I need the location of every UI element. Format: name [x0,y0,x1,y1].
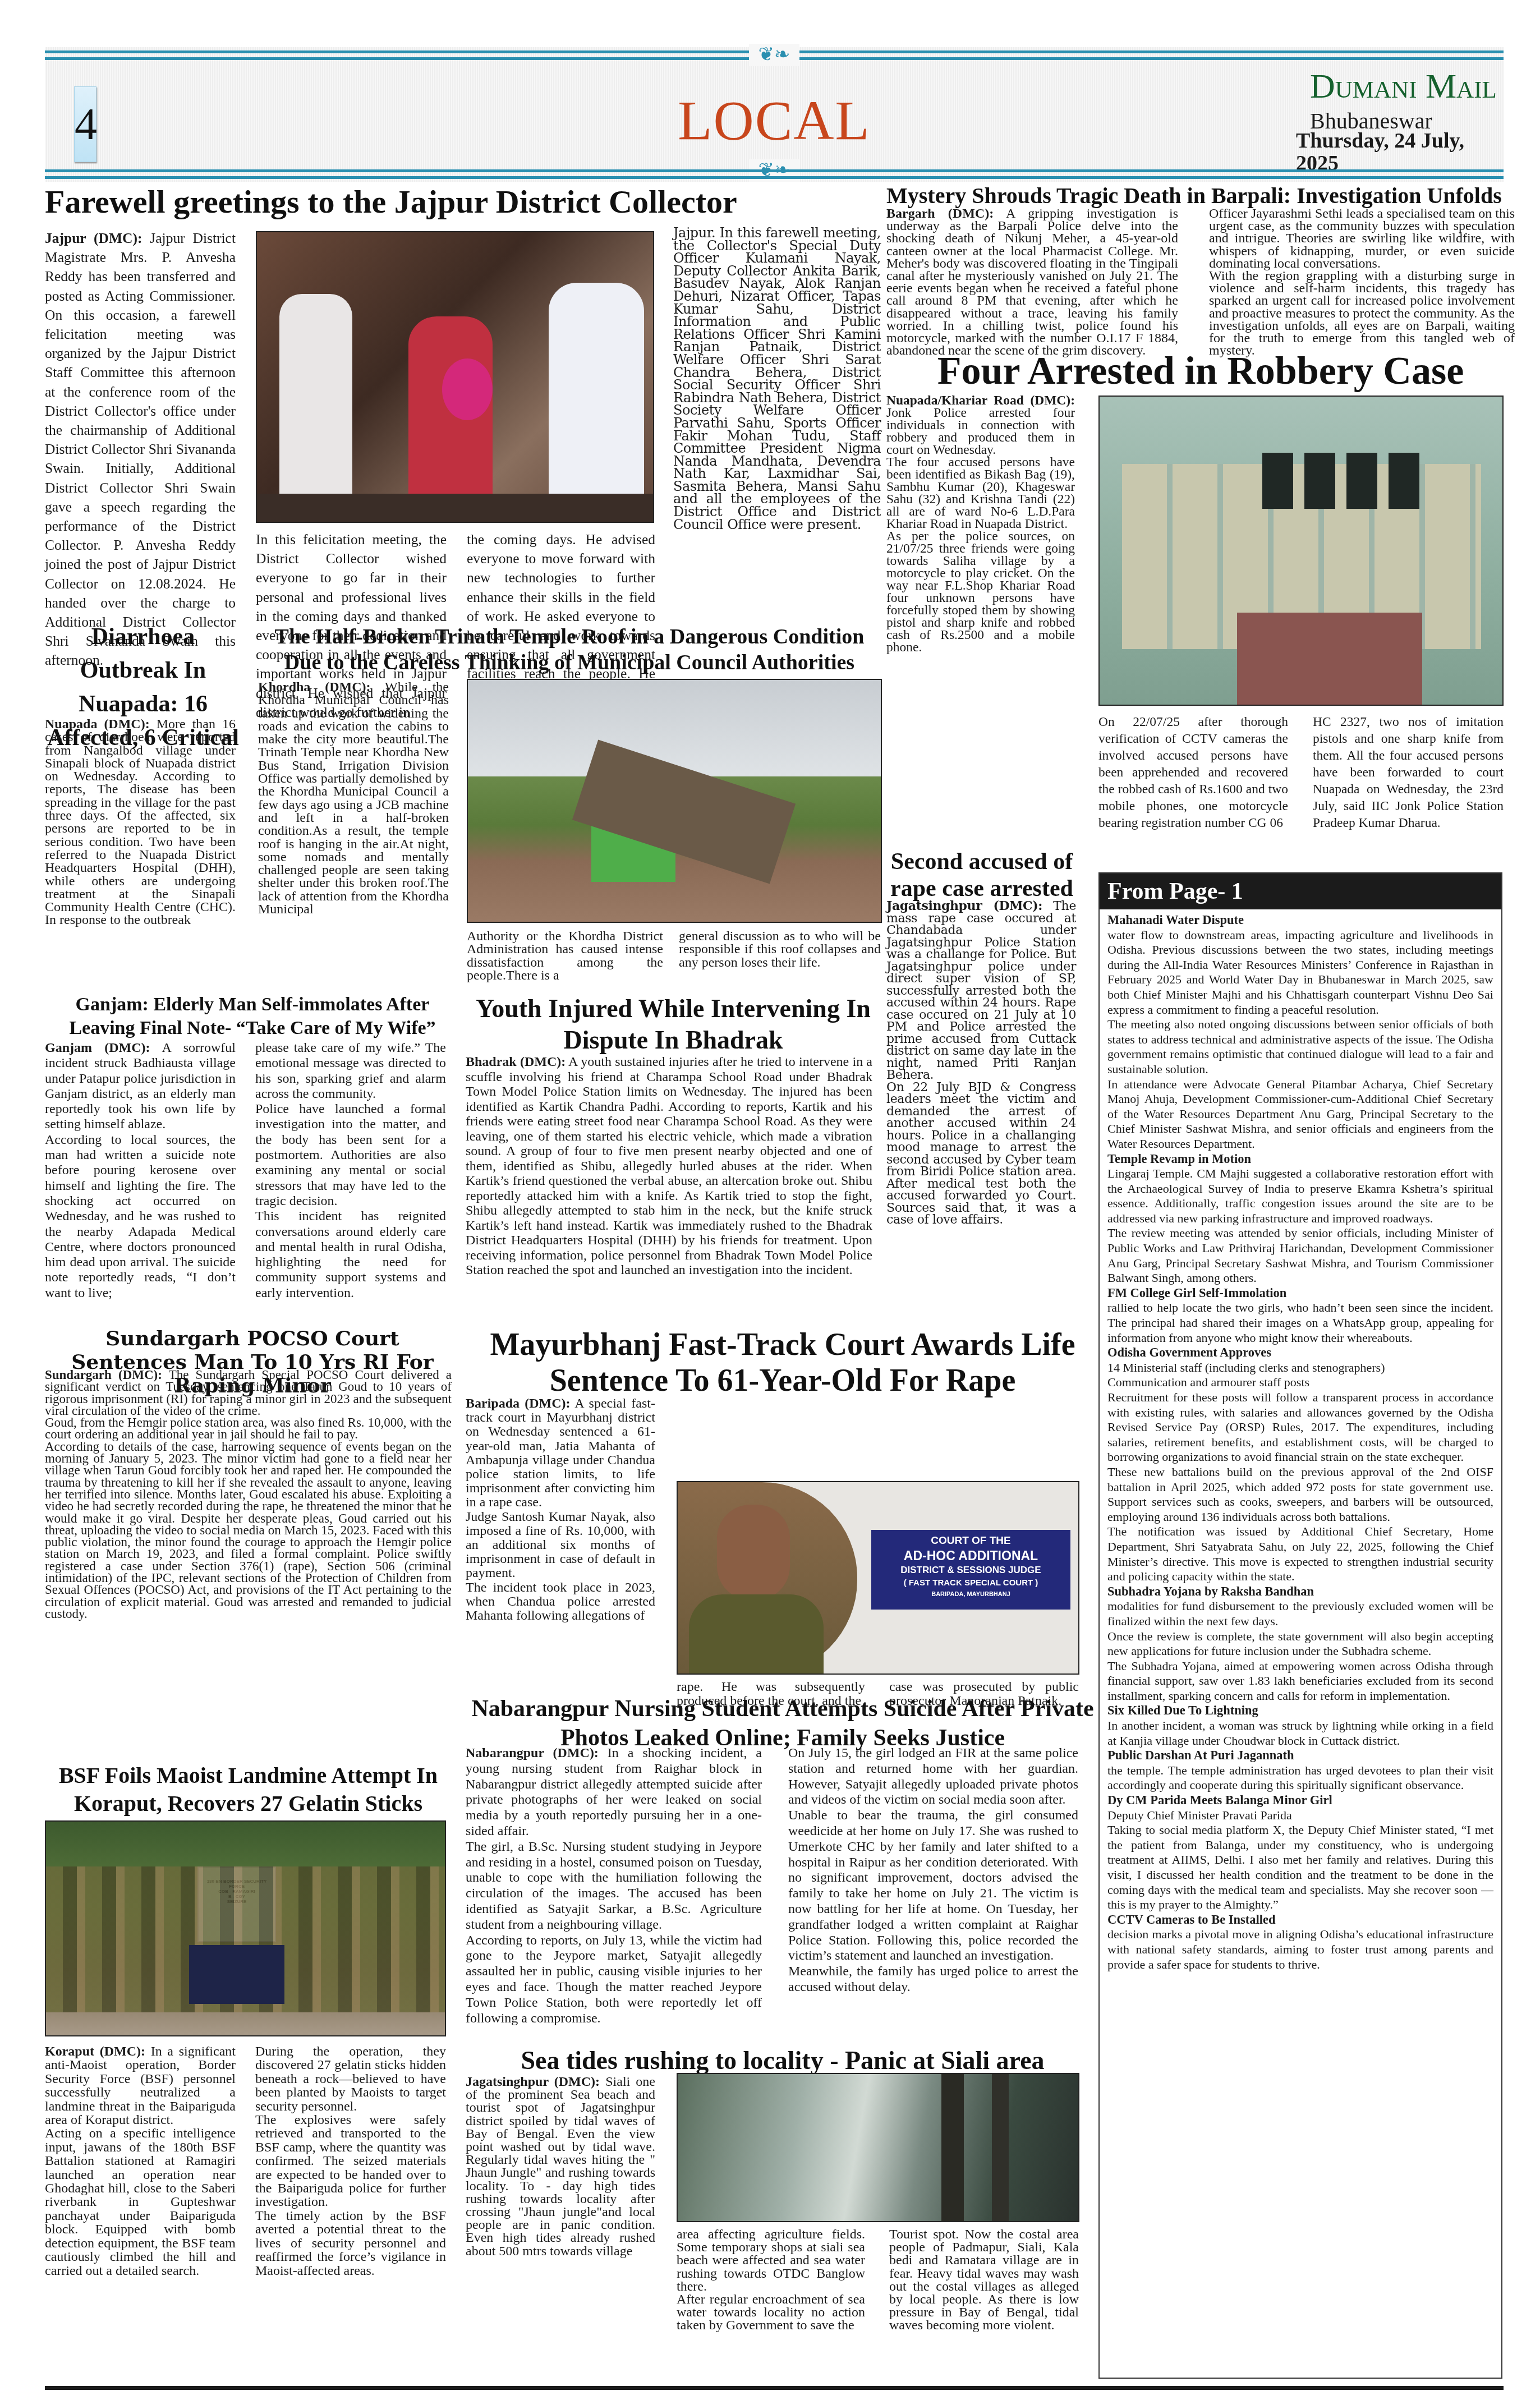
article-barpali-col1: Bargarh (DMC): A gripping investigation … [886,208,1178,357]
headline-second-accused: Second accused of rape case arrested [886,848,1077,902]
brief-heading: Six Killed Due To Lightning [1100,1703,1501,1718]
headline-ganjam: Ganjam: Elderly Man Self-immolates After… [45,993,460,1040]
article-siali-col2: area affecting agriculture fields. Some … [677,2228,865,2333]
tree-trunk [941,2074,964,2222]
tree-trunk [992,2074,1009,2222]
from-page-1-box: From Page- 1 Mahanadi Water Dispute wate… [1098,872,1502,2379]
shirt [689,1594,824,1675]
article-temple-col1: Khordha (DMC): While the Khordha Municip… [258,681,449,916]
masthead: ❦❧ 4 LOCAL Dumani Mail Bhubaneswar Thurs… [45,47,1504,182]
broken-temple-photo [467,679,882,923]
headline-temple: The Half-Broken Trinath Temple Roof in a… [258,624,881,675]
brief-heading: FM College Girl Self-Immolation [1100,1286,1501,1301]
masthead-bottom-rule-2 [45,176,1504,179]
issue-date: Thursday, 24 July, 2025 [1296,130,1504,174]
headline-bsf: BSF Foils Maoist Landmine Attempt In Kor… [45,1762,452,1818]
headline-robbery: Four Arrested in Robbery Case [886,351,1515,392]
article-robbery-col3: HC 2327, two nos of imitation pistols an… [1313,714,1504,831]
article-bhadrak: Bhadrak (DMC): A youth sustained injurie… [466,1055,872,1278]
ornament-icon: ❦❧ [749,44,799,66]
article-siali-col1: Jagatsinghpur (DMC): Siali one of the pr… [466,2076,655,2258]
brief-text: the temple. The temple administration ha… [1100,1763,1501,1793]
sign-line: DISTRICT & SESSIONS JUDGE [871,1564,1070,1577]
police-with-accused-photo [1098,396,1504,706]
brief-heading: Odisha Government Approves [1100,1345,1501,1360]
person-figure [279,294,352,502]
farewell-felicitation-photo [256,231,654,523]
article-nabarangpur-col1: Nabarangpur (DMC): In a shocking inciden… [466,1746,762,2026]
article-robbery-col2: On 22/07/25 after thorough verification … [1098,714,1288,831]
brief-heading: Temple Revamp in Motion [1100,1152,1501,1167]
court-convict-photo: COURT OF THE AD-HOC ADDITIONAL DISTRICT … [677,1481,1079,1675]
brief-text: Deputy Chief Minister Pravati Parida Tak… [1100,1808,1501,1912]
article-nabarangpur-col2: On July 15, the girl lodged an FIR at th… [788,1746,1078,1996]
convict-portrait [678,1482,857,1675]
brief-text: modalities for fund disbursement to the … [1100,1599,1501,1703]
newspaper-brand: Dumani Mail [1310,67,1497,106]
headline-farewell: Farewell greetings to the Jajpur Distric… [45,185,881,219]
article-ganjam-col2: please take care of my wife.” The emotio… [255,1041,446,1301]
brief-heading: Dy CM Parida Meets Balanga Minor Girl [1100,1793,1501,1808]
face [717,1505,790,1600]
brief-heading: Public Darshan At Puri Jagannath [1100,1748,1501,1763]
person-figure [408,316,493,518]
article-bsf-col1: Koraput (DMC): In a significant anti-Mao… [45,2045,236,2278]
sign-line: ( FAST TRACK SPECIAL COURT ) [871,1577,1070,1589]
seized-items-table [189,1945,284,2004]
sign-line: BARIPADA, MAYURBHANJ [871,1589,1070,1599]
article-bsf-col2: During the operation, they discovered 27… [255,2045,446,2278]
article-second-accused: Jagatsinghpur (DMC): The mass rape case … [886,900,1076,1226]
article-siali-col3: Tourist spot. Now the costal area people… [889,2228,1079,2333]
headline-barpali: Mystery Shrouds Tragic Death in Barpali:… [886,184,1515,208]
article-diarrhoea: Nuapada (DMC): More than 16 cases of dia… [45,718,236,927]
brief-text: decision marks a pivotal move in alignin… [1100,1927,1501,1972]
person-figure [549,283,644,518]
masthead-bottom-rule [45,169,1504,172]
article-barpali-col2: Officer Jayarashmi Sethi leads a special… [1209,208,1515,357]
bouquet [442,358,493,420]
article-mayurbhanj-col1: Baripada (DMC): A special fast-track cou… [466,1397,655,1623]
bsf-seizure-photo: 180 BN BORDER SECURITY FORCE COB - RAMAG… [45,1820,446,2036]
headline-bhadrak: Youth Injured While Intervening In Dispu… [466,993,881,1056]
evidence-table [1237,613,1422,705]
sign-line: COURT OF THE [871,1534,1070,1548]
masked-accused [1262,453,1425,509]
headline-siali: Sea tides rushing to locality - Panic at… [466,2045,1100,2076]
sign-line: AD-HOC ADDITIONAL [871,1548,1070,1564]
page-bottom-rule [45,2386,1504,2390]
brief-heading: Subhadra Yojana by Raksha Bandhan [1100,1584,1501,1599]
brief-text: 14 Ministerial staff (including clerks a… [1100,1360,1501,1584]
brief-text: rallied to help locate the two girls, wh… [1100,1300,1501,1345]
from-page-1-header: From Page- 1 [1100,873,1501,909]
brief-text: In another incident, a woman was struck … [1100,1718,1501,1748]
article-robbery-col1: Nuapada/Khariar Road (DMC): Jonk Police … [886,394,1075,654]
brief-heading: Mahanadi Water Dispute [1100,913,1501,928]
article-sundargarh: Sundargarh (DMC): The Sundargarh Special… [45,1369,452,1620]
article-farewell-col1: Jajpur (DMC): Jajpur District Magistrate… [45,229,236,670]
court-signboard: COURT OF THE AD-HOC ADDITIONAL DISTRICT … [871,1530,1070,1610]
brief-text: water flow to downstream areas, impactin… [1100,928,1501,1152]
brief-text: Lingaraj Temple. CM Majhi suggested a co… [1100,1166,1501,1286]
headline-mayurbhanj: Mayurbhanj Fast-Track Court Awards Life … [466,1327,1100,1399]
conference-table [257,494,653,522]
article-ganjam-col1: Ganjam (DMC): A sorrowful incident struc… [45,1041,236,1301]
brief-heading: CCTV Cameras to Be Installed [1100,1912,1501,1928]
from-page-1-content: Mahanadi Water Dispute water flow to dow… [1100,913,1501,1972]
tidal-flood-photo [677,2073,1079,2222]
headline-nabarangpur: Nabarangpur Nursing Student Attempts Sui… [466,1694,1100,1753]
section-title: LOCAL [45,90,1504,151]
article-temple-col2: Authority or the Khordha District Admini… [467,930,663,982]
article-temple-col3: general discussion as to who will be res… [679,930,881,969]
article-farewell-col4: Jajpur. In this farewell meeting, the Co… [673,227,881,531]
